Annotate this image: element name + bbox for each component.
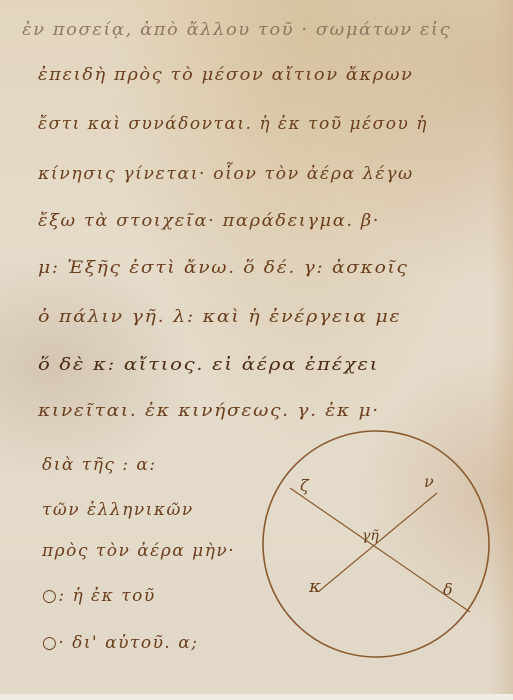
page-bottom-edge: [0, 694, 513, 700]
cosmological-diagram: [0, 0, 513, 700]
diagram-label-upper-left: ζ: [300, 476, 309, 495]
diagram-label-lower-left: κ: [309, 576, 321, 597]
diagram-label-upper-right: ν: [424, 472, 434, 491]
manuscript-page: ἐν ποσείᾳ, ἀπὸ ἄλλου τοῦ · σωμάτων εἰς ἐ…: [0, 0, 513, 700]
diagram-label-lower-right: δ: [443, 580, 453, 599]
diagram-center-label: γῆ: [362, 528, 379, 544]
